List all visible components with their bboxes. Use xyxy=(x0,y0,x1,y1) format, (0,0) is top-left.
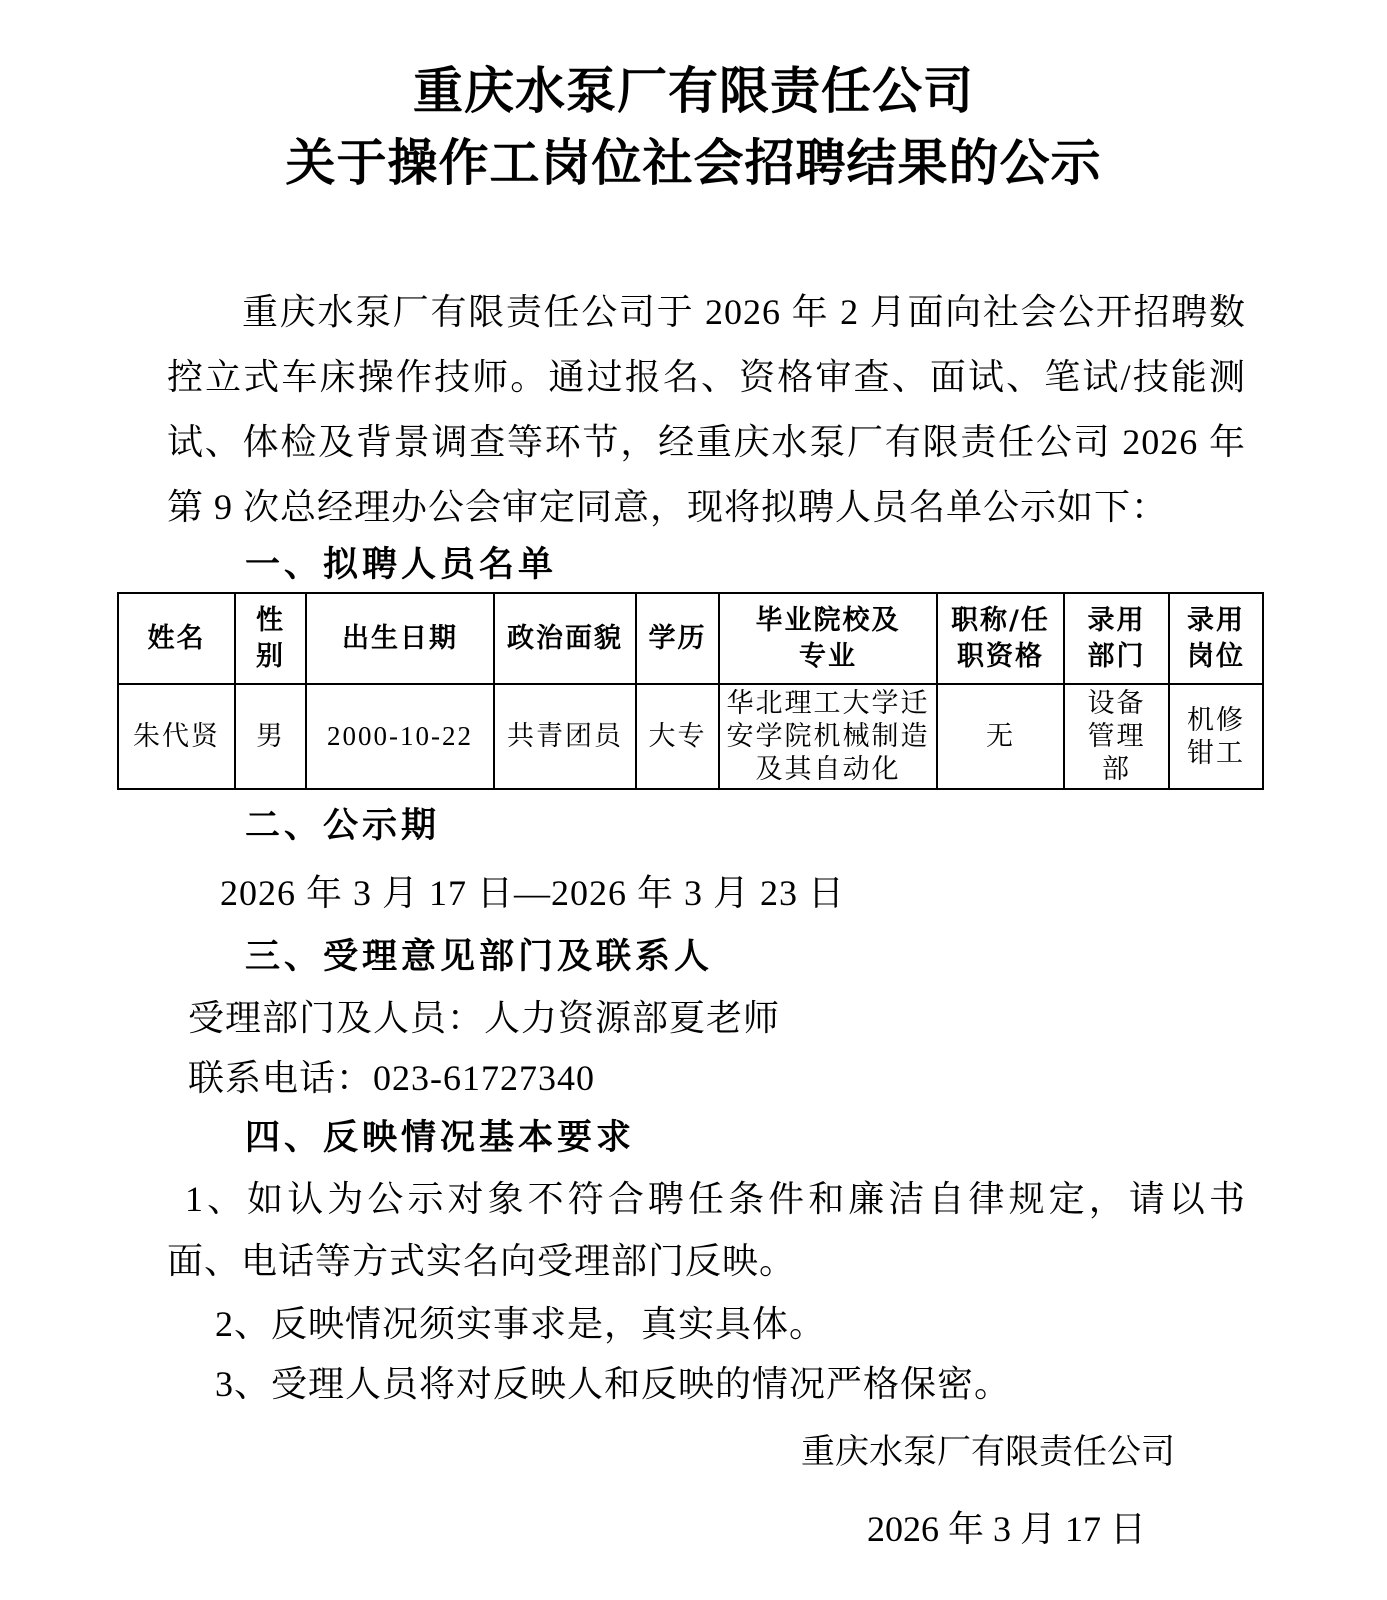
header-birthdate: 出生日期 xyxy=(306,593,494,684)
requirement-item-1-line: 面、电话等方式实名向受理部门反映。 xyxy=(167,1230,1246,1292)
header-title-qualification: 职称/任 职资格 xyxy=(937,593,1064,684)
requirement-item-3: 3、受理人员将对反映人和反映的情况严格保密。 xyxy=(215,1354,1246,1414)
header-education: 学历 xyxy=(636,593,719,684)
publicity-period: 2026 年 3 月 17 日—2026 年 3 月 23 日 xyxy=(220,863,1246,923)
header-hiring-department: 录用 部门 xyxy=(1064,593,1169,684)
cell-gender: 男 xyxy=(235,684,306,789)
intro-paragraph: 重庆水泵厂有限责任公司于 2026 年 2 月面向社会公开招聘数 控立式车床操作… xyxy=(167,280,1246,540)
cell-school-major: 华北理工大学迁 安学院机械制造 及其自动化 xyxy=(719,684,937,789)
signature-company: 重庆水泵厂有限责任公司 xyxy=(167,1423,1246,1483)
cell-name: 朱代贤 xyxy=(118,684,235,789)
header-school-major: 毕业院校及 专业 xyxy=(719,593,937,684)
signature-date: 2026 年 3 月 17 日 xyxy=(167,1499,1246,1559)
cell-education: 大专 xyxy=(636,684,719,789)
cell-birthdate: 2000-10-22 xyxy=(306,684,494,789)
header-gender: 性 别 xyxy=(235,593,306,684)
cell-hiring-department: 设备 管理 部 xyxy=(1064,684,1169,789)
title-line-1: 重庆水泵厂有限责任公司 xyxy=(0,55,1387,127)
section-2-heading: 二、公示期 xyxy=(245,796,1246,856)
table-header-row: 姓名 性 别 出生日期 政治面貌 学历 毕业院校及 专业 职称/任 职资格 录用… xyxy=(118,593,1263,684)
intro-line: 第 9 次总经理办公会审定同意，现将拟聘人员名单公示如下： xyxy=(167,475,1246,540)
requirement-item-1: 1、如认为公示对象不符合聘任条件和廉洁自律规定，请以书 面、电话等方式实名向受理… xyxy=(167,1168,1246,1292)
announcement-document: 重庆水泵厂有限责任公司 关于操作工岗位社会招聘结果的公示 重庆水泵厂有限责任公司… xyxy=(0,0,1387,1600)
intro-line: 试、体检及背景调查等环节，经重庆水泵厂有限责任公司 2026 年 xyxy=(167,410,1246,475)
section-4-heading: 四、反映情况基本要求 xyxy=(245,1108,1246,1168)
requirement-item-1-line: 1、如认为公示对象不符合聘任条件和廉洁自律规定，请以书 xyxy=(167,1168,1246,1230)
document-title: 重庆水泵厂有限责任公司 关于操作工岗位社会招聘结果的公示 xyxy=(0,0,1387,199)
cell-hiring-position: 机修 钳工 xyxy=(1169,684,1263,789)
header-political-status: 政治面貌 xyxy=(494,593,636,684)
section-3-heading: 三、受理意见部门及联系人 xyxy=(245,927,1246,987)
section-1-heading: 一、拟聘人员名单 xyxy=(245,542,1246,588)
document-body: 重庆水泵厂有限责任公司于 2026 年 2 月面向社会公开招聘数 控立式车床操作… xyxy=(167,280,1246,1559)
header-hiring-position: 录用 岗位 xyxy=(1169,593,1263,684)
table-row: 朱代贤 男 2000-10-22 共青团员 大专 华北理工大学迁 安学院机械制造… xyxy=(118,684,1263,789)
title-line-2: 关于操作工岗位社会招聘结果的公示 xyxy=(0,127,1387,199)
intro-line: 控立式车床操作技师。通过报名、资格审查、面试、笔试/技能测 xyxy=(167,345,1246,410)
hired-candidates-table: 姓名 性 别 出生日期 政治面貌 学历 毕业院校及 专业 职称/任 职资格 录用… xyxy=(117,592,1264,790)
contact-department: 受理部门及人员：人力资源部夏老师 xyxy=(188,988,1246,1048)
header-name: 姓名 xyxy=(118,593,235,684)
intro-line: 重庆水泵厂有限责任公司于 2026 年 2 月面向社会公开招聘数 xyxy=(167,280,1246,345)
contact-phone: 联系电话：023-61727340 xyxy=(188,1048,1246,1108)
hired-candidates-table-wrap: 姓名 性 别 出生日期 政治面貌 学历 毕业院校及 专业 职称/任 职资格 录用… xyxy=(117,592,1246,790)
cell-political-status: 共青团员 xyxy=(494,684,636,789)
cell-title-qualification: 无 xyxy=(937,684,1064,789)
requirement-item-2: 2、反映情况须实事求是，真实具体。 xyxy=(215,1294,1246,1354)
